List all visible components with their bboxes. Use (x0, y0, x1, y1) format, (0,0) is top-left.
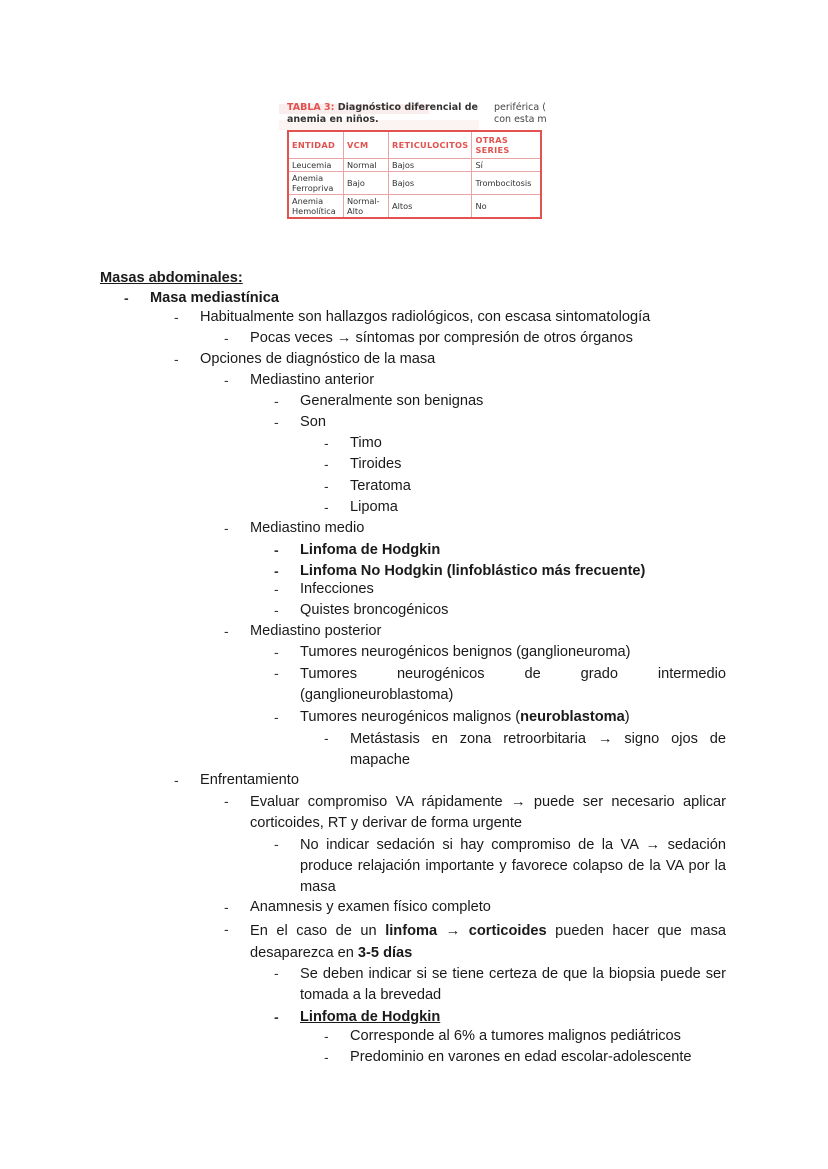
outline-item: Timo (350, 434, 382, 452)
outline-item: Quistes broncogénicos (300, 601, 448, 619)
bullet-dash: - (274, 835, 279, 853)
outline-item: Masa mediastínica (150, 289, 279, 307)
bullet-dash: - (274, 1008, 279, 1026)
anemia-table-figure: TABLA 3: Diagnóstico diferencial de anem… (279, 98, 547, 238)
column-header: VCM (344, 131, 389, 159)
bullet-dash: - (224, 329, 229, 347)
table-row: Leucemia Normal Bajos Sí (288, 159, 541, 172)
bullet-dash: - (274, 413, 279, 431)
column-header: ENTIDAD (288, 131, 344, 159)
outline-item: Predominio en varones en edad escolar-ad… (350, 1048, 692, 1066)
table-row: Anemia Ferropriva Bajo Bajos Trombocitos… (288, 172, 541, 195)
section-heading: Masas abdominales: (100, 269, 243, 287)
cropped-side-text: periférica ( con esta mi (494, 102, 547, 126)
document-page: TABLA 3: Diagnóstico diferencial de anem… (0, 0, 828, 1169)
table-row: Anemia Hemolítica Normal-Alto Altos No (288, 195, 541, 219)
bullet-dash: - (224, 920, 229, 938)
bullet-dash: - (174, 350, 179, 368)
outline-item: Generalmente son benignas (300, 392, 483, 410)
anemia-differential-table: ENTIDAD VCM RETICULOCITOS OTRAS SERIES L… (287, 130, 542, 219)
outline-item: No indicar sedación si hay compromiso de… (300, 835, 726, 898)
outline-item: Corresponde al 6% a tumores malignos ped… (350, 1027, 681, 1045)
outline-item: En el caso de un linfoma → corticoides p… (250, 920, 726, 964)
bullet-dash: - (274, 541, 279, 559)
bullet-dash: - (224, 792, 229, 810)
outline-item: Mediastino posterior (250, 622, 381, 640)
outline-item: Lipoma (350, 498, 398, 516)
bullet-dash: - (224, 622, 229, 640)
outline-item: Tumores neurogénicos de grado intermedio… (300, 664, 726, 706)
outline-item: Tumores neurogénicos benignos (ganglione… (300, 643, 630, 661)
bullet-dash: - (324, 434, 329, 452)
bullet-dash: - (174, 771, 179, 789)
subsection-heading: Linfoma de Hodgkin (300, 1008, 440, 1026)
bullet-dash: - (124, 289, 129, 307)
bullet-dash: - (324, 477, 329, 495)
outline-item: Se deben indicar si se tiene certeza de … (300, 964, 726, 1006)
table-header-row: ENTIDAD VCM RETICULOCITOS OTRAS SERIES (288, 131, 541, 159)
outline-item: Son (300, 413, 326, 431)
outline-item: Infecciones (300, 580, 374, 598)
bullet-dash: - (274, 601, 279, 619)
outline-item: Linfoma No Hodgkin (linfoblástico más fr… (300, 562, 645, 580)
outline-item: Tumores neurogénicos malignos (neuroblas… (300, 708, 630, 726)
bullet-dash: - (274, 664, 279, 682)
bullet-dash: - (324, 498, 329, 516)
bullet-dash: - (274, 392, 279, 410)
outline-item: Anamnesis y examen físico completo (250, 898, 491, 916)
bullet-dash: - (324, 729, 329, 747)
bullet-dash: - (224, 519, 229, 537)
column-header: OTRAS SERIES (472, 131, 542, 159)
outline-item: Teratoma (350, 477, 411, 495)
bullet-dash: - (274, 562, 279, 580)
outline-item: Enfrentamiento (200, 771, 299, 789)
column-header: RETICULOCITOS (389, 131, 472, 159)
outline-item: Habitualmente son hallazgos radiológicos… (200, 308, 650, 326)
outline-item: Linfoma de Hodgkin (300, 541, 440, 559)
bullet-dash: - (224, 371, 229, 389)
bullet-dash: - (274, 708, 279, 726)
outline-item: Mediastino medio (250, 519, 364, 537)
outline-item: Opciones de diagnóstico de la masa (200, 350, 435, 368)
bullet-dash: - (174, 308, 179, 326)
outline-item: Pocas veces → síntomas por compresión de… (250, 329, 633, 347)
outline-item: Evaluar compromiso VA rápidamente → pued… (250, 792, 726, 834)
bullet-dash: - (274, 643, 279, 661)
figure-caption: TABLA 3: Diagnóstico diferencial de anem… (287, 102, 478, 126)
outline-item: Metástasis en zona retroorbitaria → sign… (350, 729, 726, 771)
bullet-dash: - (274, 964, 279, 982)
outline-item: Tiroides (350, 455, 401, 473)
bullet-dash: - (324, 1027, 329, 1045)
bullet-dash: - (274, 580, 279, 598)
bullet-dash: - (224, 898, 229, 916)
bullet-dash: - (324, 455, 329, 473)
outline-item: Mediastino anterior (250, 371, 374, 389)
bullet-dash: - (324, 1048, 329, 1066)
